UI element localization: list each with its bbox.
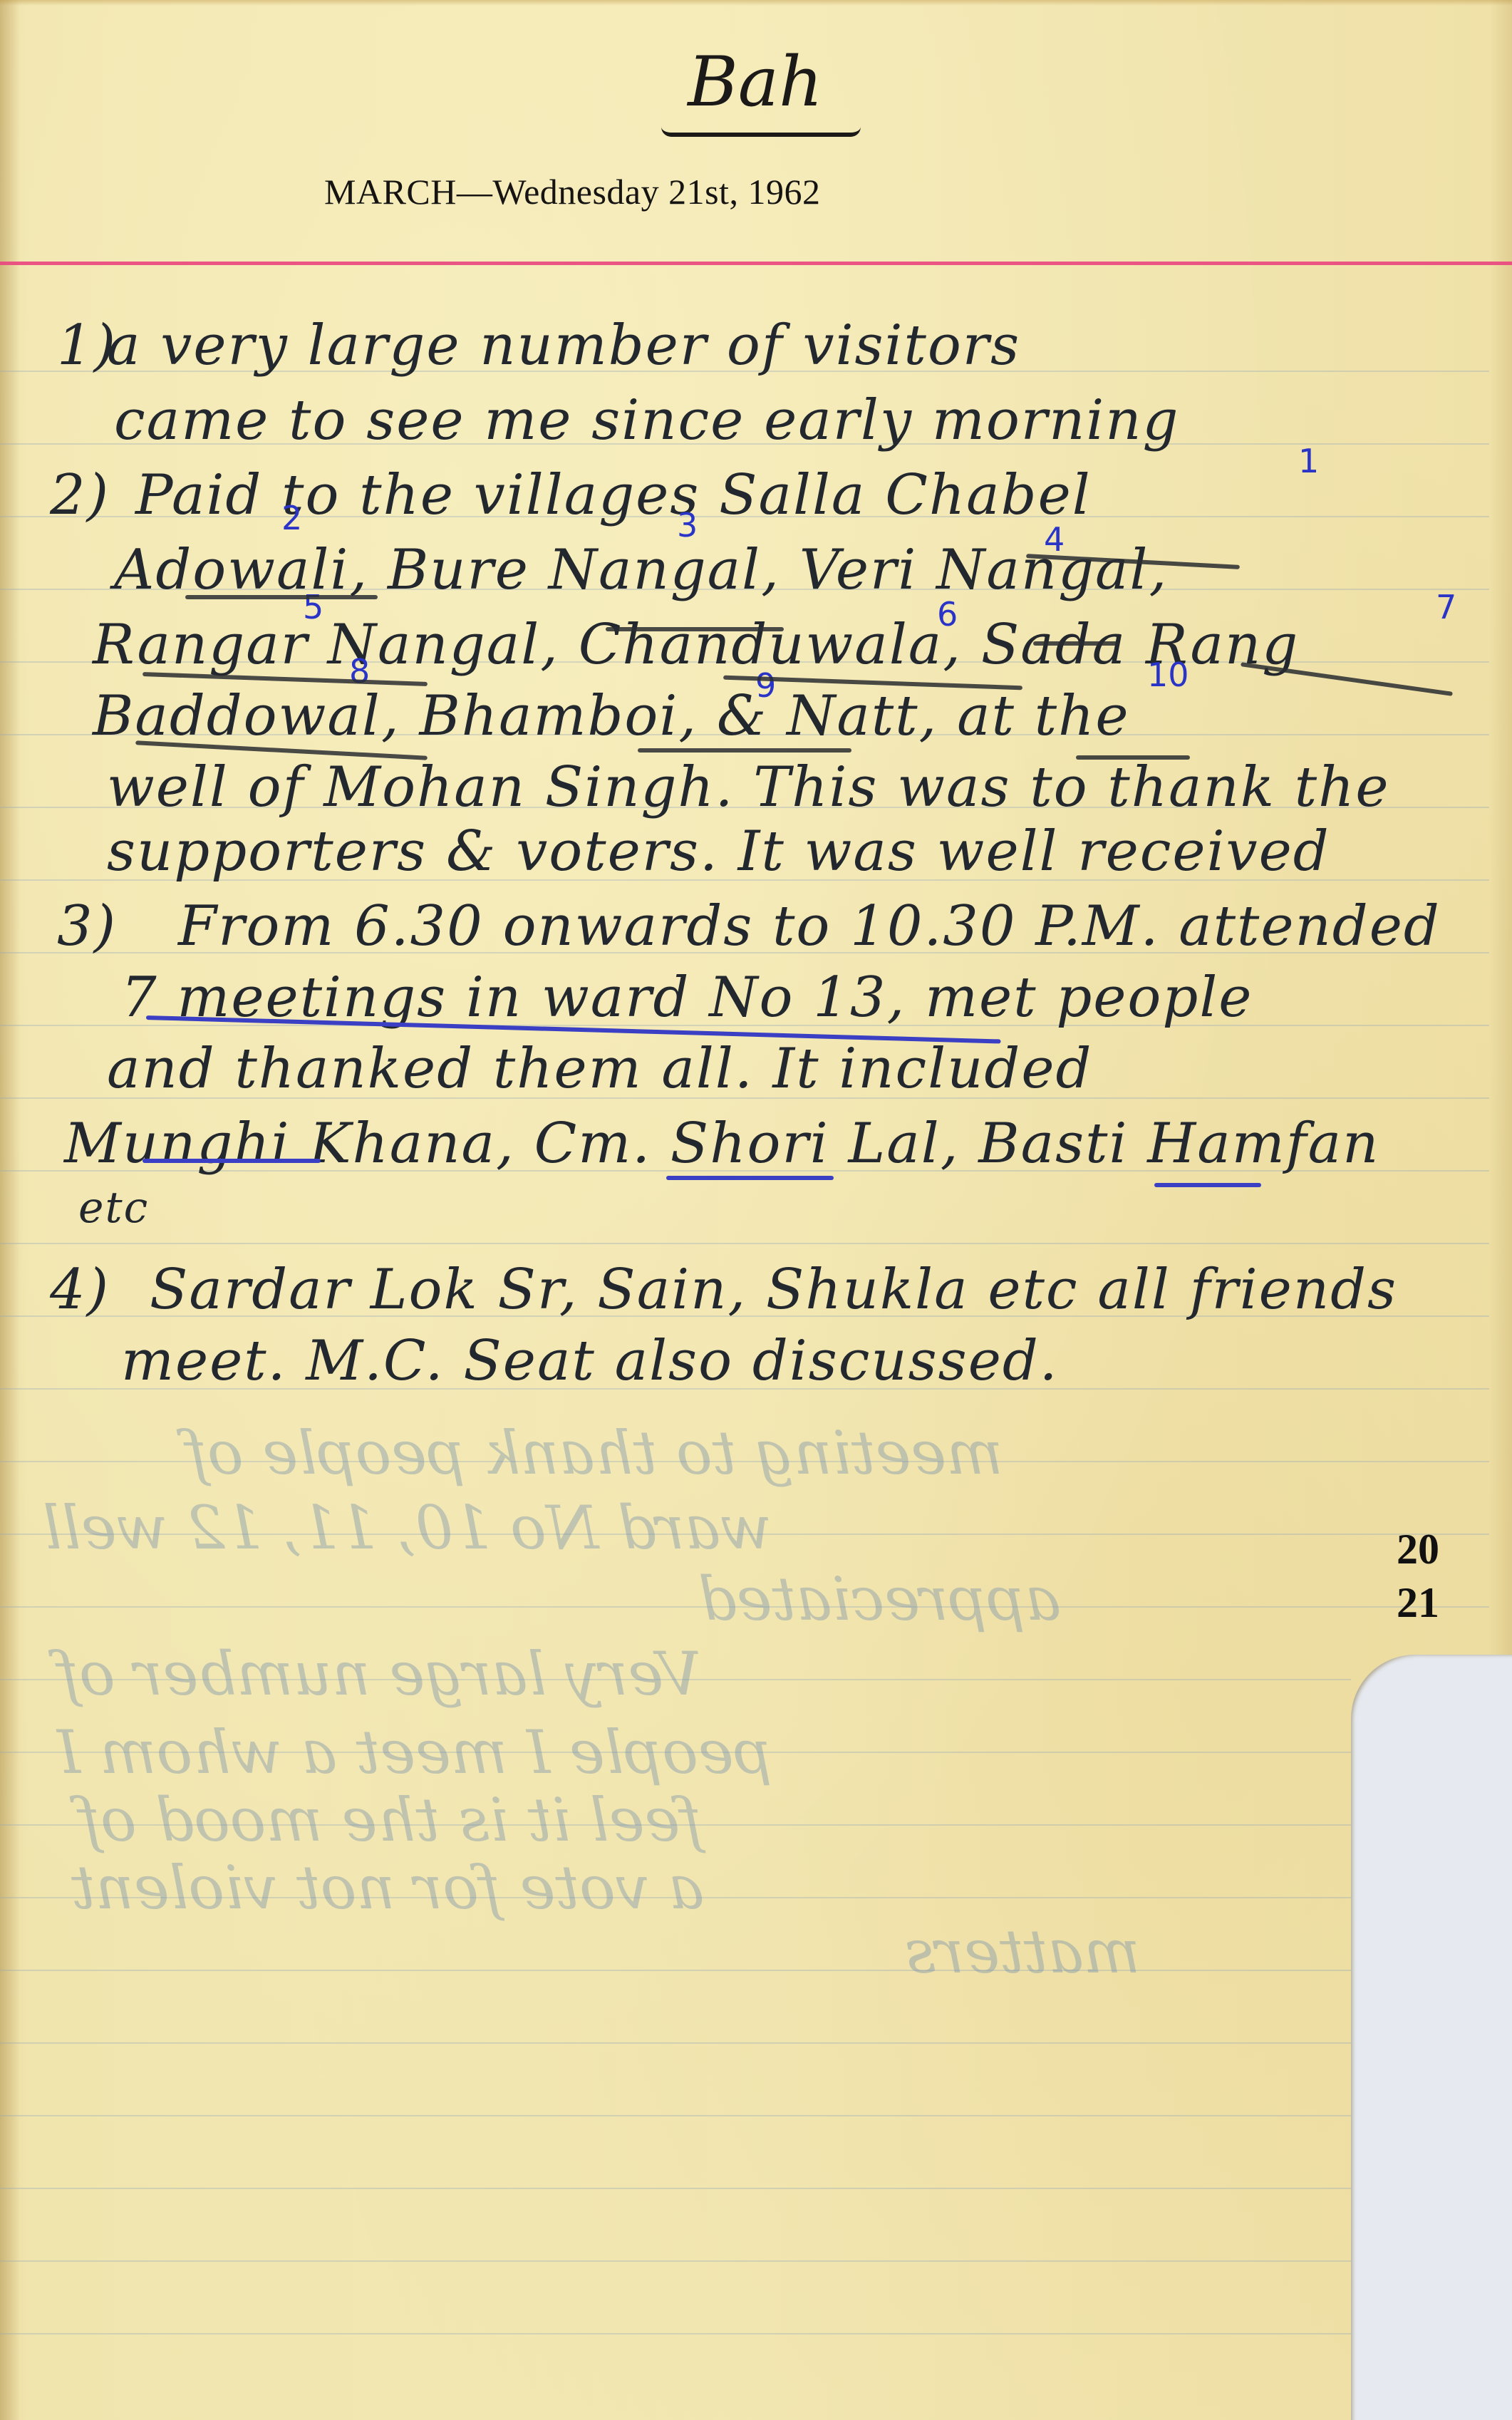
underline <box>1033 641 1119 646</box>
ruled-line <box>0 1970 1351 1971</box>
top-edge <box>0 0 1512 6</box>
ruled-line <box>0 2188 1351 2189</box>
thumb-index-cutout <box>1351 1655 1512 2420</box>
entry-line: came to see me since early morning <box>114 388 1179 453</box>
entry-line: etc <box>78 1183 149 1233</box>
header-rule <box>0 262 1512 265</box>
entry-line: meet. M.C. Seat also discussed. <box>121 1329 1059 1393</box>
entry-line: From 6.30 onwards to 10.30 P.M. attended <box>178 894 1441 958</box>
village-annotation: 3 <box>677 506 698 544</box>
entry-line: and thanked them all. It included <box>107 1037 1092 1101</box>
binding-shadow <box>0 0 20 2420</box>
ruled-line <box>0 2260 1351 2262</box>
village-annotation: 7 <box>1436 588 1456 626</box>
page-number: 20 <box>1397 1525 1439 1574</box>
signature-underline <box>661 127 861 137</box>
entry-number: 4) <box>50 1258 110 1322</box>
ruled-line <box>0 2333 1351 2334</box>
bleed-through-text: appreciated <box>698 1564 1061 1634</box>
entry-number: 3) <box>57 894 117 958</box>
village-annotation: 8 <box>349 652 370 691</box>
underline <box>1076 755 1190 760</box>
underline <box>606 627 784 631</box>
entry-line: Munghi Khana, Cm. Shori Lal, Basti Hamfa… <box>64 1112 1379 1176</box>
entry-line: Sardar Lok Sr, Sain, Shukla etc all frie… <box>150 1258 1397 1322</box>
village-annotation: 5 <box>303 588 323 626</box>
entry-line: supporters & voters. It was well receive… <box>107 819 1330 884</box>
bleed-through-text: a vote for not violent <box>71 1853 704 1923</box>
underline <box>185 595 378 599</box>
signature: Bah <box>656 39 855 125</box>
blue-underline <box>1154 1183 1261 1187</box>
diary-page: meeting to thank people of ward No 10, 1… <box>0 0 1512 2420</box>
page-number: 21 <box>1397 1578 1439 1628</box>
page-edge <box>1489 0 1512 1655</box>
ruled-line <box>0 1243 1489 1244</box>
village-annotation: 1 <box>1298 442 1319 480</box>
entry-line: Paid to the villages Salla Chabel <box>135 463 1092 527</box>
entry-line: Baddowal, Bhamboi, & Natt, at the <box>93 684 1130 748</box>
village-annotation: 6 <box>937 595 958 634</box>
ruled-line <box>0 2042 1351 2044</box>
entry-line: Adowali, Bure Nangal, Veri Nangal, <box>114 538 1168 602</box>
village-annotation: 9 <box>755 666 776 705</box>
entry-number: 2) <box>50 463 110 527</box>
underline <box>1241 662 1453 696</box>
bleed-through-text: ward No 10, 11, 12 well <box>43 1493 772 1563</box>
bleed-through-text: Very large number of <box>57 1639 701 1709</box>
bleed-through-text: people I meet a whom I <box>57 1717 772 1787</box>
bleed-through-text: feel it is the mood of <box>78 1785 702 1855</box>
village-annotation: 2 <box>281 499 302 537</box>
underline <box>638 748 851 753</box>
village-annotation: 10 <box>1147 656 1189 694</box>
bleed-through-text: meeting to thank people of <box>185 1418 1003 1488</box>
village-annotation: 4 <box>1044 520 1065 559</box>
entry-line: a very large number of visitors <box>107 314 1020 378</box>
bleed-through-text: matters <box>905 1917 1140 1987</box>
ruled-line <box>0 2115 1351 2116</box>
page-date-header: MARCH—Wednesday 21st, 1962 <box>324 171 1072 212</box>
entry-line: well of Mohan Singh. This was to thank t… <box>107 755 1390 819</box>
blue-underline <box>666 1176 834 1180</box>
blue-underline <box>143 1159 321 1163</box>
